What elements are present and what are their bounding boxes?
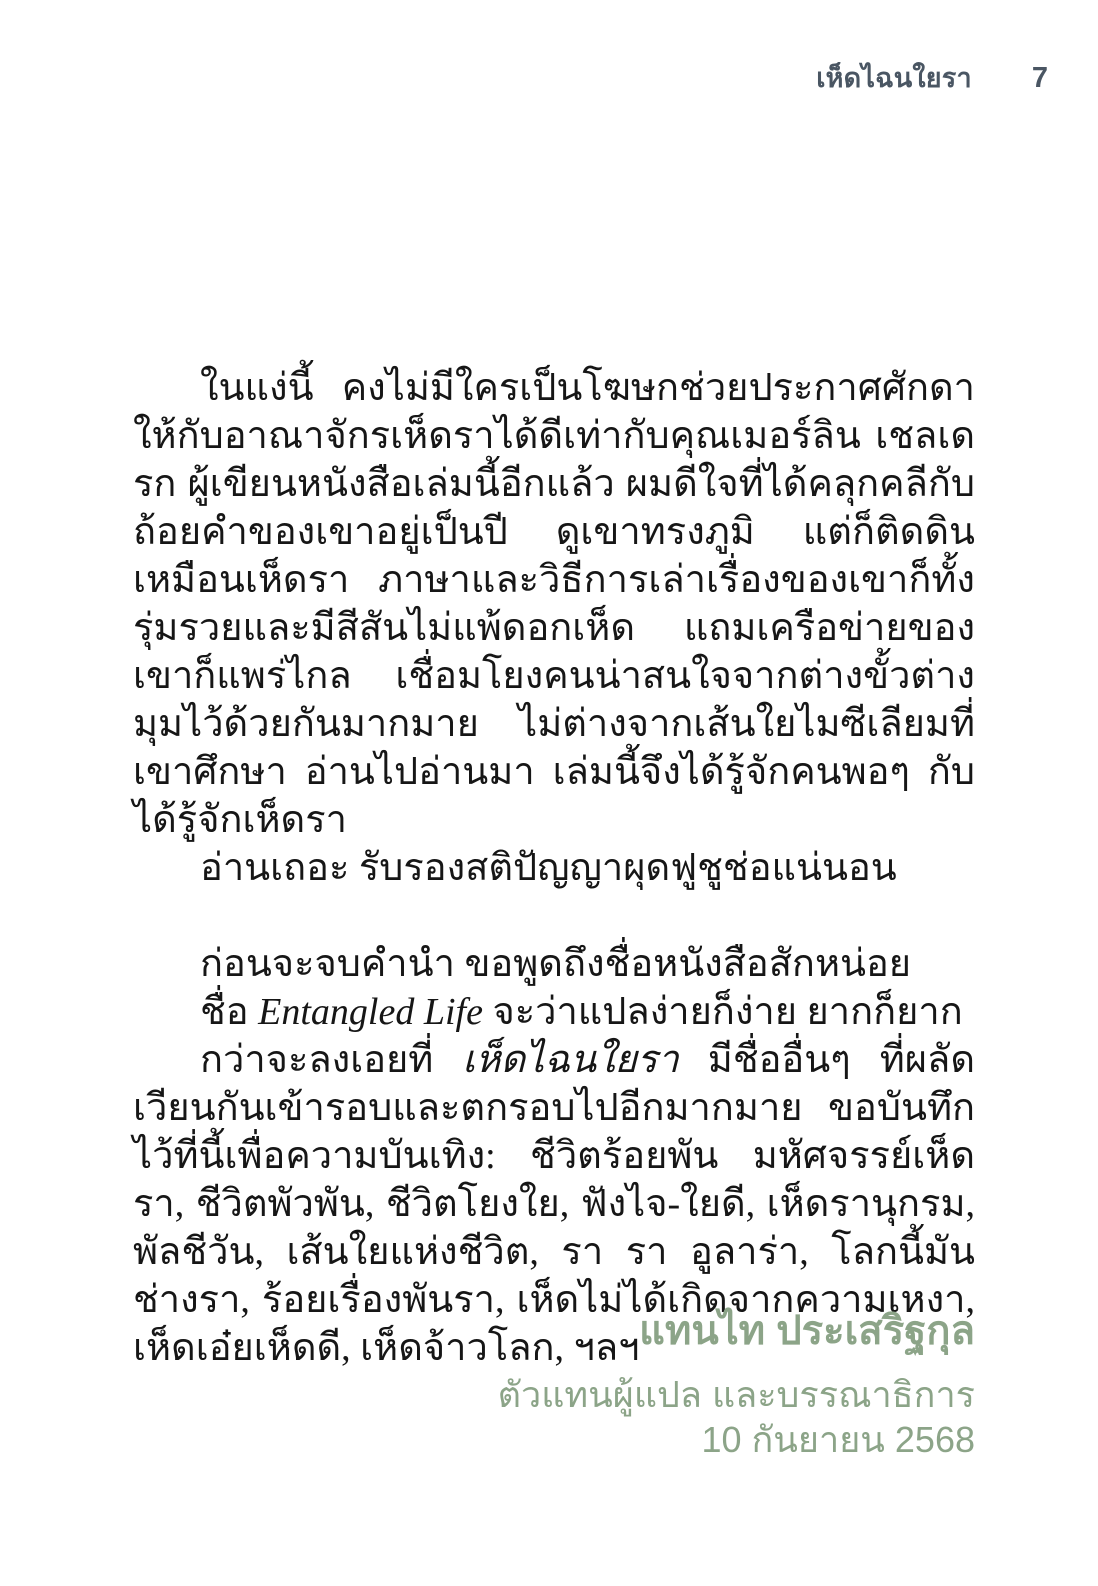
signature-block: แทนไท ประเสริฐกุล ตัวแทนผู้แปล และบรรณาธ… — [498, 1306, 975, 1462]
paragraph-spacer — [133, 892, 975, 940]
paragraph-segment: อ่านเถอะ รับรองสติปัญญาผุดฟูชูช่อแน่นอน — [200, 847, 897, 889]
paragraph: ชื่อ Entangled Life จะว่าแปลง่ายก็ง่าย ย… — [133, 988, 975, 1036]
signature-role: ตัวแทนผู้แปล และบรรณาธิการ — [498, 1372, 975, 1417]
paragraph-segment-italic: เห็ดไฉนใยรา — [462, 1039, 678, 1081]
paragraph: อ่านเถอะ รับรองสติปัญญาผุดฟูชูช่อแน่นอน — [133, 844, 975, 892]
body-text-column: ในแง่นี้ คงไม่มีใครเป็นโฆษกช่วยประกาศศัก… — [133, 364, 975, 1372]
paragraph-segment: จะว่าแปลง่ายก็ง่าย ยากก็ยาก — [483, 991, 963, 1033]
paragraph-segment: ในแง่นี้ คงไม่มีใครเป็นโฆษกช่วยประกาศศัก… — [133, 367, 975, 841]
paragraph-segment: กว่าจะลงเอยที่ — [200, 1039, 462, 1081]
paragraph-segment: ชื่อ — [200, 991, 258, 1033]
paragraph: ในแง่นี้ คงไม่มีใครเป็นโฆษกช่วยประกาศศัก… — [133, 364, 975, 844]
paragraph-segment-italic: Entangled Life — [258, 991, 483, 1033]
paragraph-segment: ก่อนจะจบคำนำ ขอพูดถึงชื่อหนังสือสักหน่อย — [200, 943, 911, 985]
header-chapter-title: เห็ดไฉนใยรา — [816, 56, 972, 99]
paragraph: ก่อนจะจบคำนำ ขอพูดถึงชื่อหนังสือสักหน่อย — [133, 940, 975, 988]
signature-date: 10 กันยายน 2568 — [498, 1417, 975, 1462]
running-header: เห็ดไฉนใยรา 7 — [0, 56, 1048, 99]
header-page-number: 7 — [1032, 62, 1048, 95]
signature-name: แทนไท ประเสริฐกุล — [498, 1306, 975, 1356]
book-page: เห็ดไฉนใยรา 7 ในแง่นี้ คงไม่มีใครเป็นโฆษ… — [0, 0, 1098, 1586]
